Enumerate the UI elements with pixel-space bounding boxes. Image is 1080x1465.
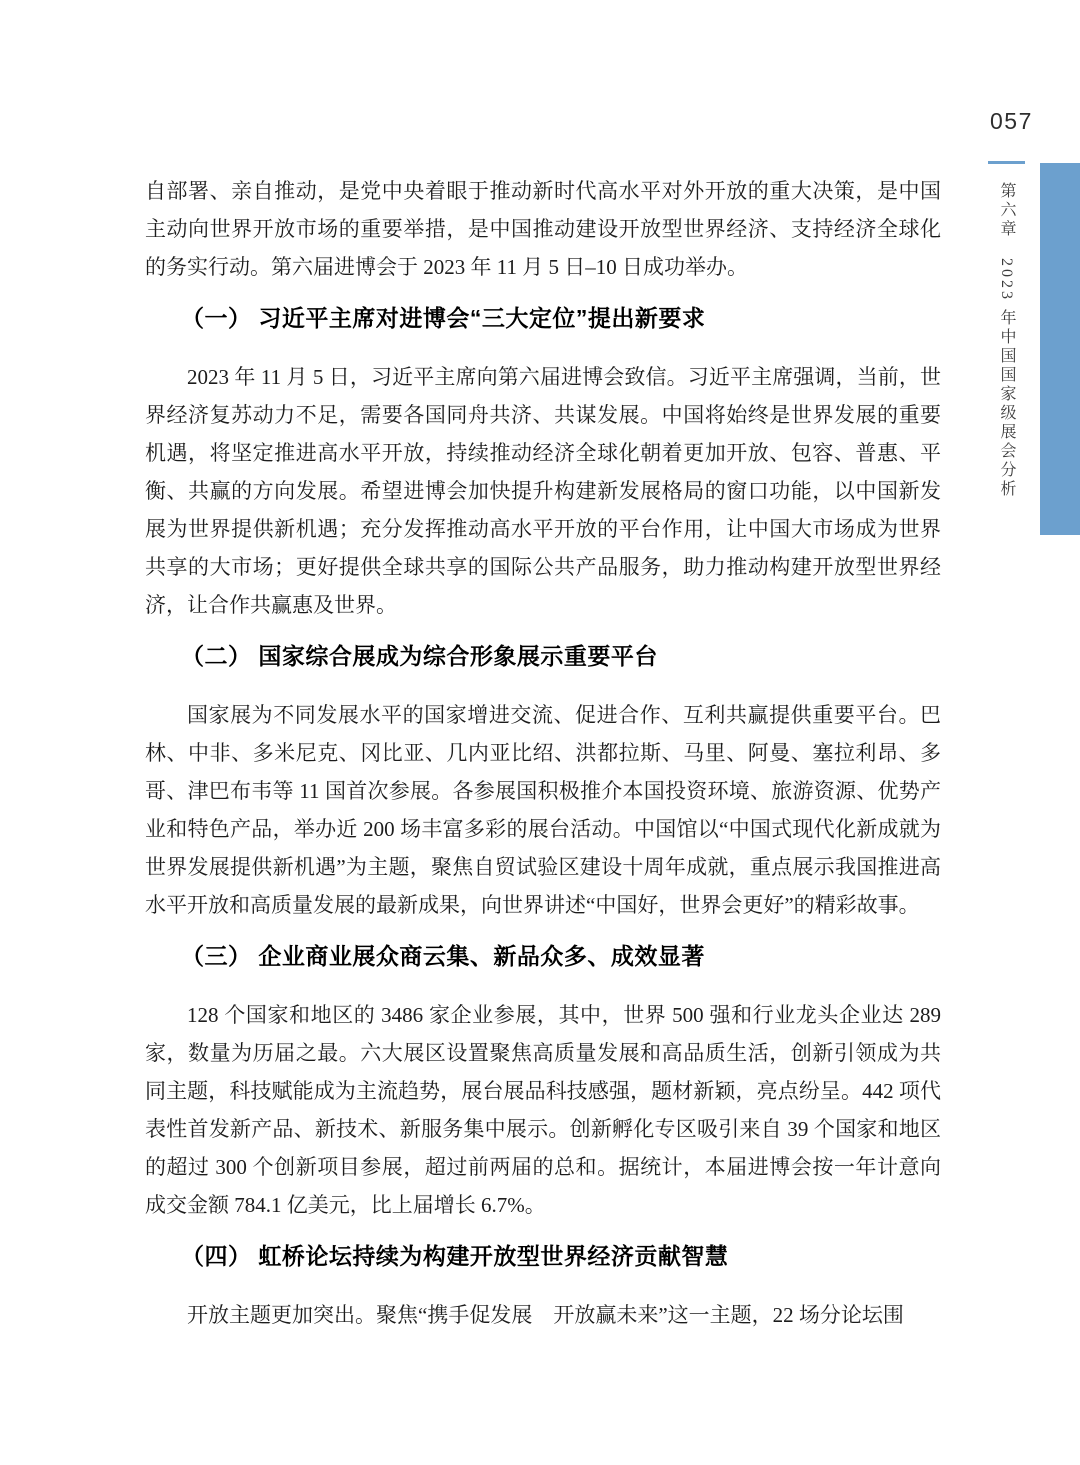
chapter-tick-line [988, 161, 1025, 164]
intro-paragraph: 自部署、亲自推动，是党中央着眼于推动新时代高水平对外开放的重大决策，是中国主动向… [145, 172, 941, 286]
section-paragraph-3: 128 个国家和地区的 3486 家企业参展，其中，世界 500 强和行业龙头企… [145, 996, 941, 1224]
page-number: 057 [990, 108, 1033, 135]
document-page: 057 第六章 2023 年中国国家级展会分析 自部署、亲自推动，是党中央着眼于… [0, 0, 1080, 1465]
page-content: 自部署、亲自推动，是党中央着眼于推动新时代高水平对外开放的重大决策，是中国主动向… [145, 172, 941, 1334]
section-heading-1: （一） 习近平主席对进博会“三大定位”提出新要求 [181, 302, 941, 334]
section-paragraph-2: 国家展为不同发展水平的国家增进交流、促进合作、互利共赢提供重要平台。巴林、中非、… [145, 696, 941, 924]
chapter-sidebar-label: 第六章 2023 年中国国家级展会分析 [995, 182, 1018, 542]
section-paragraph-4: 开放主题更加突出。聚焦“携手促发展 开放赢未来”这一主题，22 场分论坛围 [145, 1296, 941, 1334]
section-paragraph-1: 2023 年 11 月 5 日，习近平主席向第六届进博会致信。习近平主席强调，当… [145, 358, 941, 624]
section-heading-3: （三） 企业商业展众商云集、新品众多、成效显著 [181, 940, 941, 972]
section-heading-2: （二） 国家综合展成为综合形象展示重要平台 [181, 640, 941, 672]
chapter-accent-bar [1040, 163, 1080, 535]
section-heading-4: （四） 虹桥论坛持续为构建开放型世界经济贡献智慧 [181, 1240, 941, 1272]
